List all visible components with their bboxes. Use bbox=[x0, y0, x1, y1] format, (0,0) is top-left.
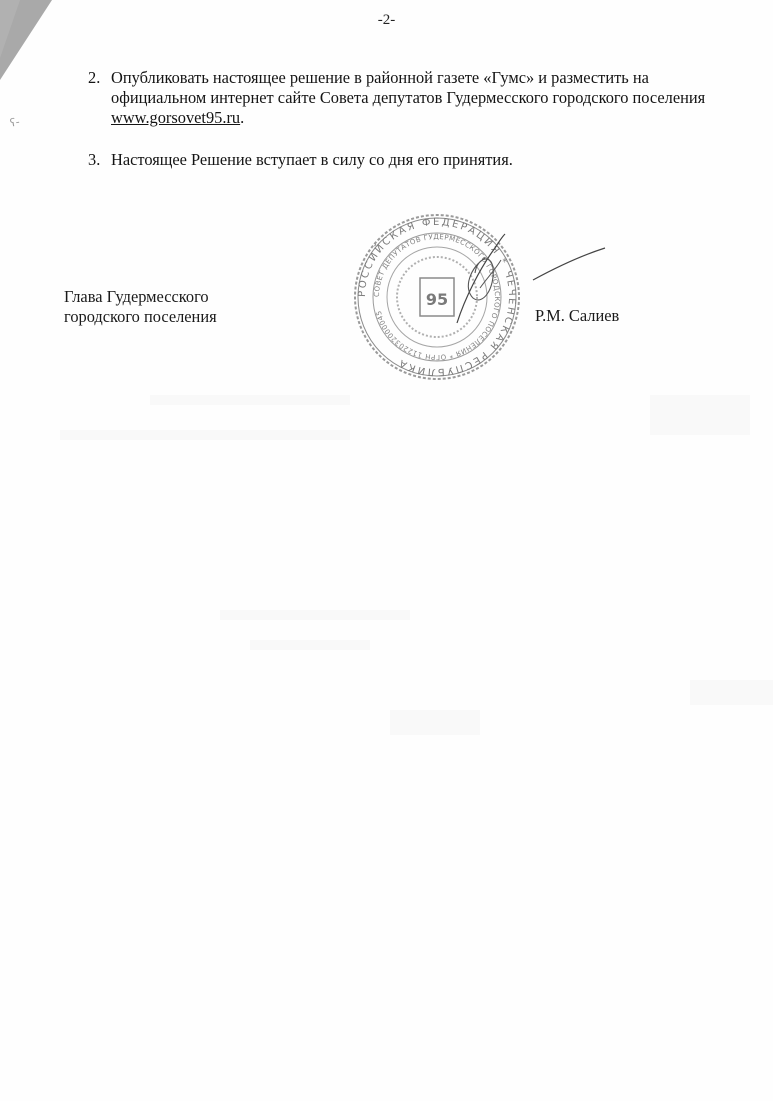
item-text: Настоящее Решение вступает в силу со дня… bbox=[111, 150, 728, 170]
item-text: Опубликовать настоящее решение в районно… bbox=[111, 68, 728, 128]
website-link[interactable]: www.gorsovet95.ru bbox=[111, 108, 240, 127]
item-number: 3. bbox=[88, 150, 111, 170]
bleed-artifact bbox=[390, 710, 480, 735]
resolution-item-3: 3. Настоящее Решение вступает в силу со … bbox=[88, 150, 728, 170]
resolution-items: 2. Опубликовать настоящее решение в райо… bbox=[88, 68, 728, 192]
bleed-artifact bbox=[220, 610, 410, 620]
item-number: 2. bbox=[88, 68, 111, 128]
bleed-artifact bbox=[690, 680, 773, 705]
resolution-item-2: 2. Опубликовать настоящее решение в райо… bbox=[88, 68, 728, 128]
scan-mark: ʕ- bbox=[9, 115, 21, 129]
signatory-title: Глава Гудермесского городского поселения bbox=[64, 287, 217, 327]
stamp-center-emblem: 95 bbox=[426, 290, 448, 309]
bleed-artifact bbox=[150, 395, 350, 405]
item-text-main: Опубликовать настоящее решение в районно… bbox=[111, 68, 705, 107]
page-number: -2- bbox=[0, 12, 773, 29]
bleed-artifact bbox=[250, 640, 370, 650]
scan-corner-shadow-inner bbox=[0, 0, 20, 58]
item-text-end: . bbox=[240, 108, 244, 127]
signatory-title-line1: Глава Гудермесского bbox=[64, 287, 217, 307]
bleed-artifact bbox=[650, 395, 750, 435]
document-page: ʕ- -2- 2. Опубликовать настоящее решение… bbox=[0, 0, 773, 1101]
signatory-title-line2: городского поселения bbox=[64, 307, 217, 327]
signer-name: Р.М. Салиев bbox=[535, 306, 619, 326]
bleed-artifact bbox=[60, 430, 350, 440]
